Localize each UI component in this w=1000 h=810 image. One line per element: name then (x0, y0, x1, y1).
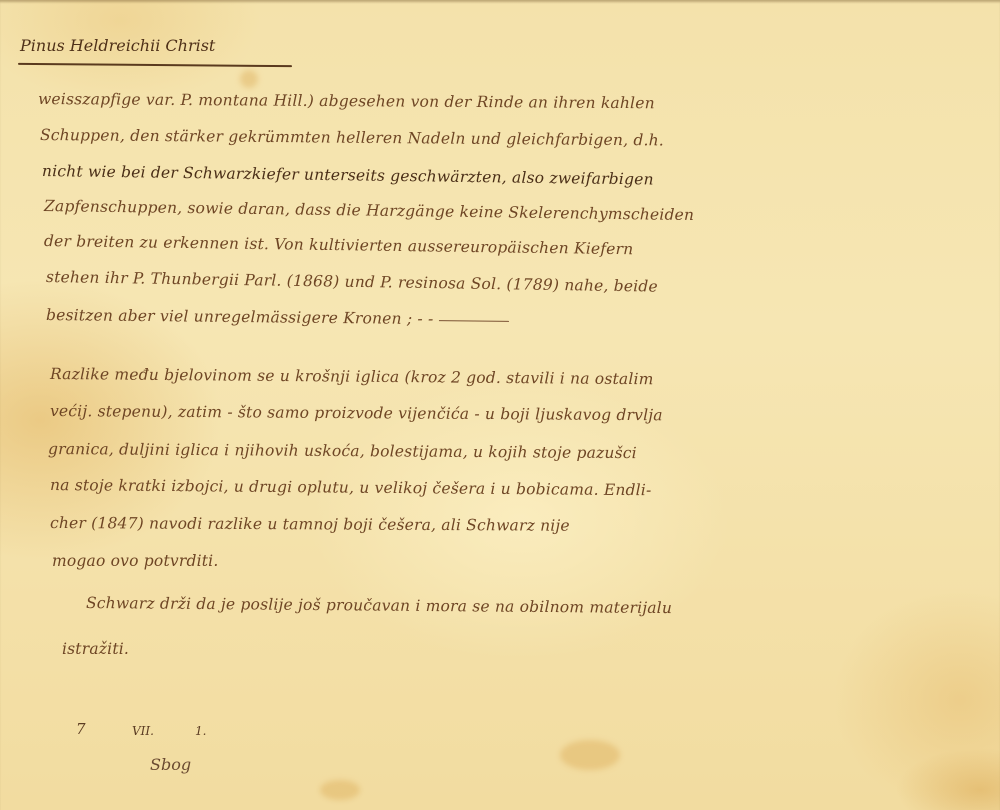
document-title: Pinus Heldreichii Christ (20, 36, 215, 55)
text-line: Zapfenschuppen, sowie daran, dass die Ha… (44, 197, 694, 224)
text-line: weisszapfige var. P. montana Hill.) abge… (38, 90, 655, 112)
text-line: cher (1847) navodi razlike u tamnoj boji… (50, 514, 570, 535)
text-line: Razlike među bjelovinom se u krošnji igl… (50, 365, 654, 388)
text-line: besitzen aber viel unregelmässigere Kron… (46, 306, 510, 329)
text-line: der breiten zu erkennen ist. Von kultivi… (44, 232, 634, 258)
date-day: 7 (76, 720, 86, 738)
dash-rule (439, 320, 509, 322)
text-line-content: besitzen aber viel unregelmässigere Kron… (46, 306, 434, 328)
text-line: većij. stepenu), zatim - što samo proizv… (50, 402, 663, 424)
paper-stain (320, 780, 360, 800)
text-line: stehen ihr P. Thunbergii Parl. (1868) un… (46, 268, 658, 296)
date-year: 1. (195, 724, 206, 738)
text-line: Schuppen, den stärker gekrümmten hellere… (40, 126, 664, 149)
manuscript-page: Pinus Heldreichii Christ weisszapfige va… (0, 0, 1000, 810)
text-line: mogao ovo potvrditi. (52, 552, 218, 570)
signature: Sbog (150, 755, 191, 774)
text-line: nicht wie bei der Schwarzkiefer untersei… (42, 162, 654, 189)
text-line: istražiti. (62, 640, 129, 658)
text-line: granica, duljini iglica i njihovih uskoć… (48, 440, 637, 462)
title-underline (18, 63, 292, 67)
paper-stain (240, 70, 258, 88)
paper-stain (560, 740, 620, 770)
text-line: Schwarz drži da je poslije još proučavan… (86, 594, 672, 617)
text-line: na stoje kratki izbojci, u drugi oplutu,… (50, 476, 652, 499)
date-month: VII. (132, 724, 154, 738)
